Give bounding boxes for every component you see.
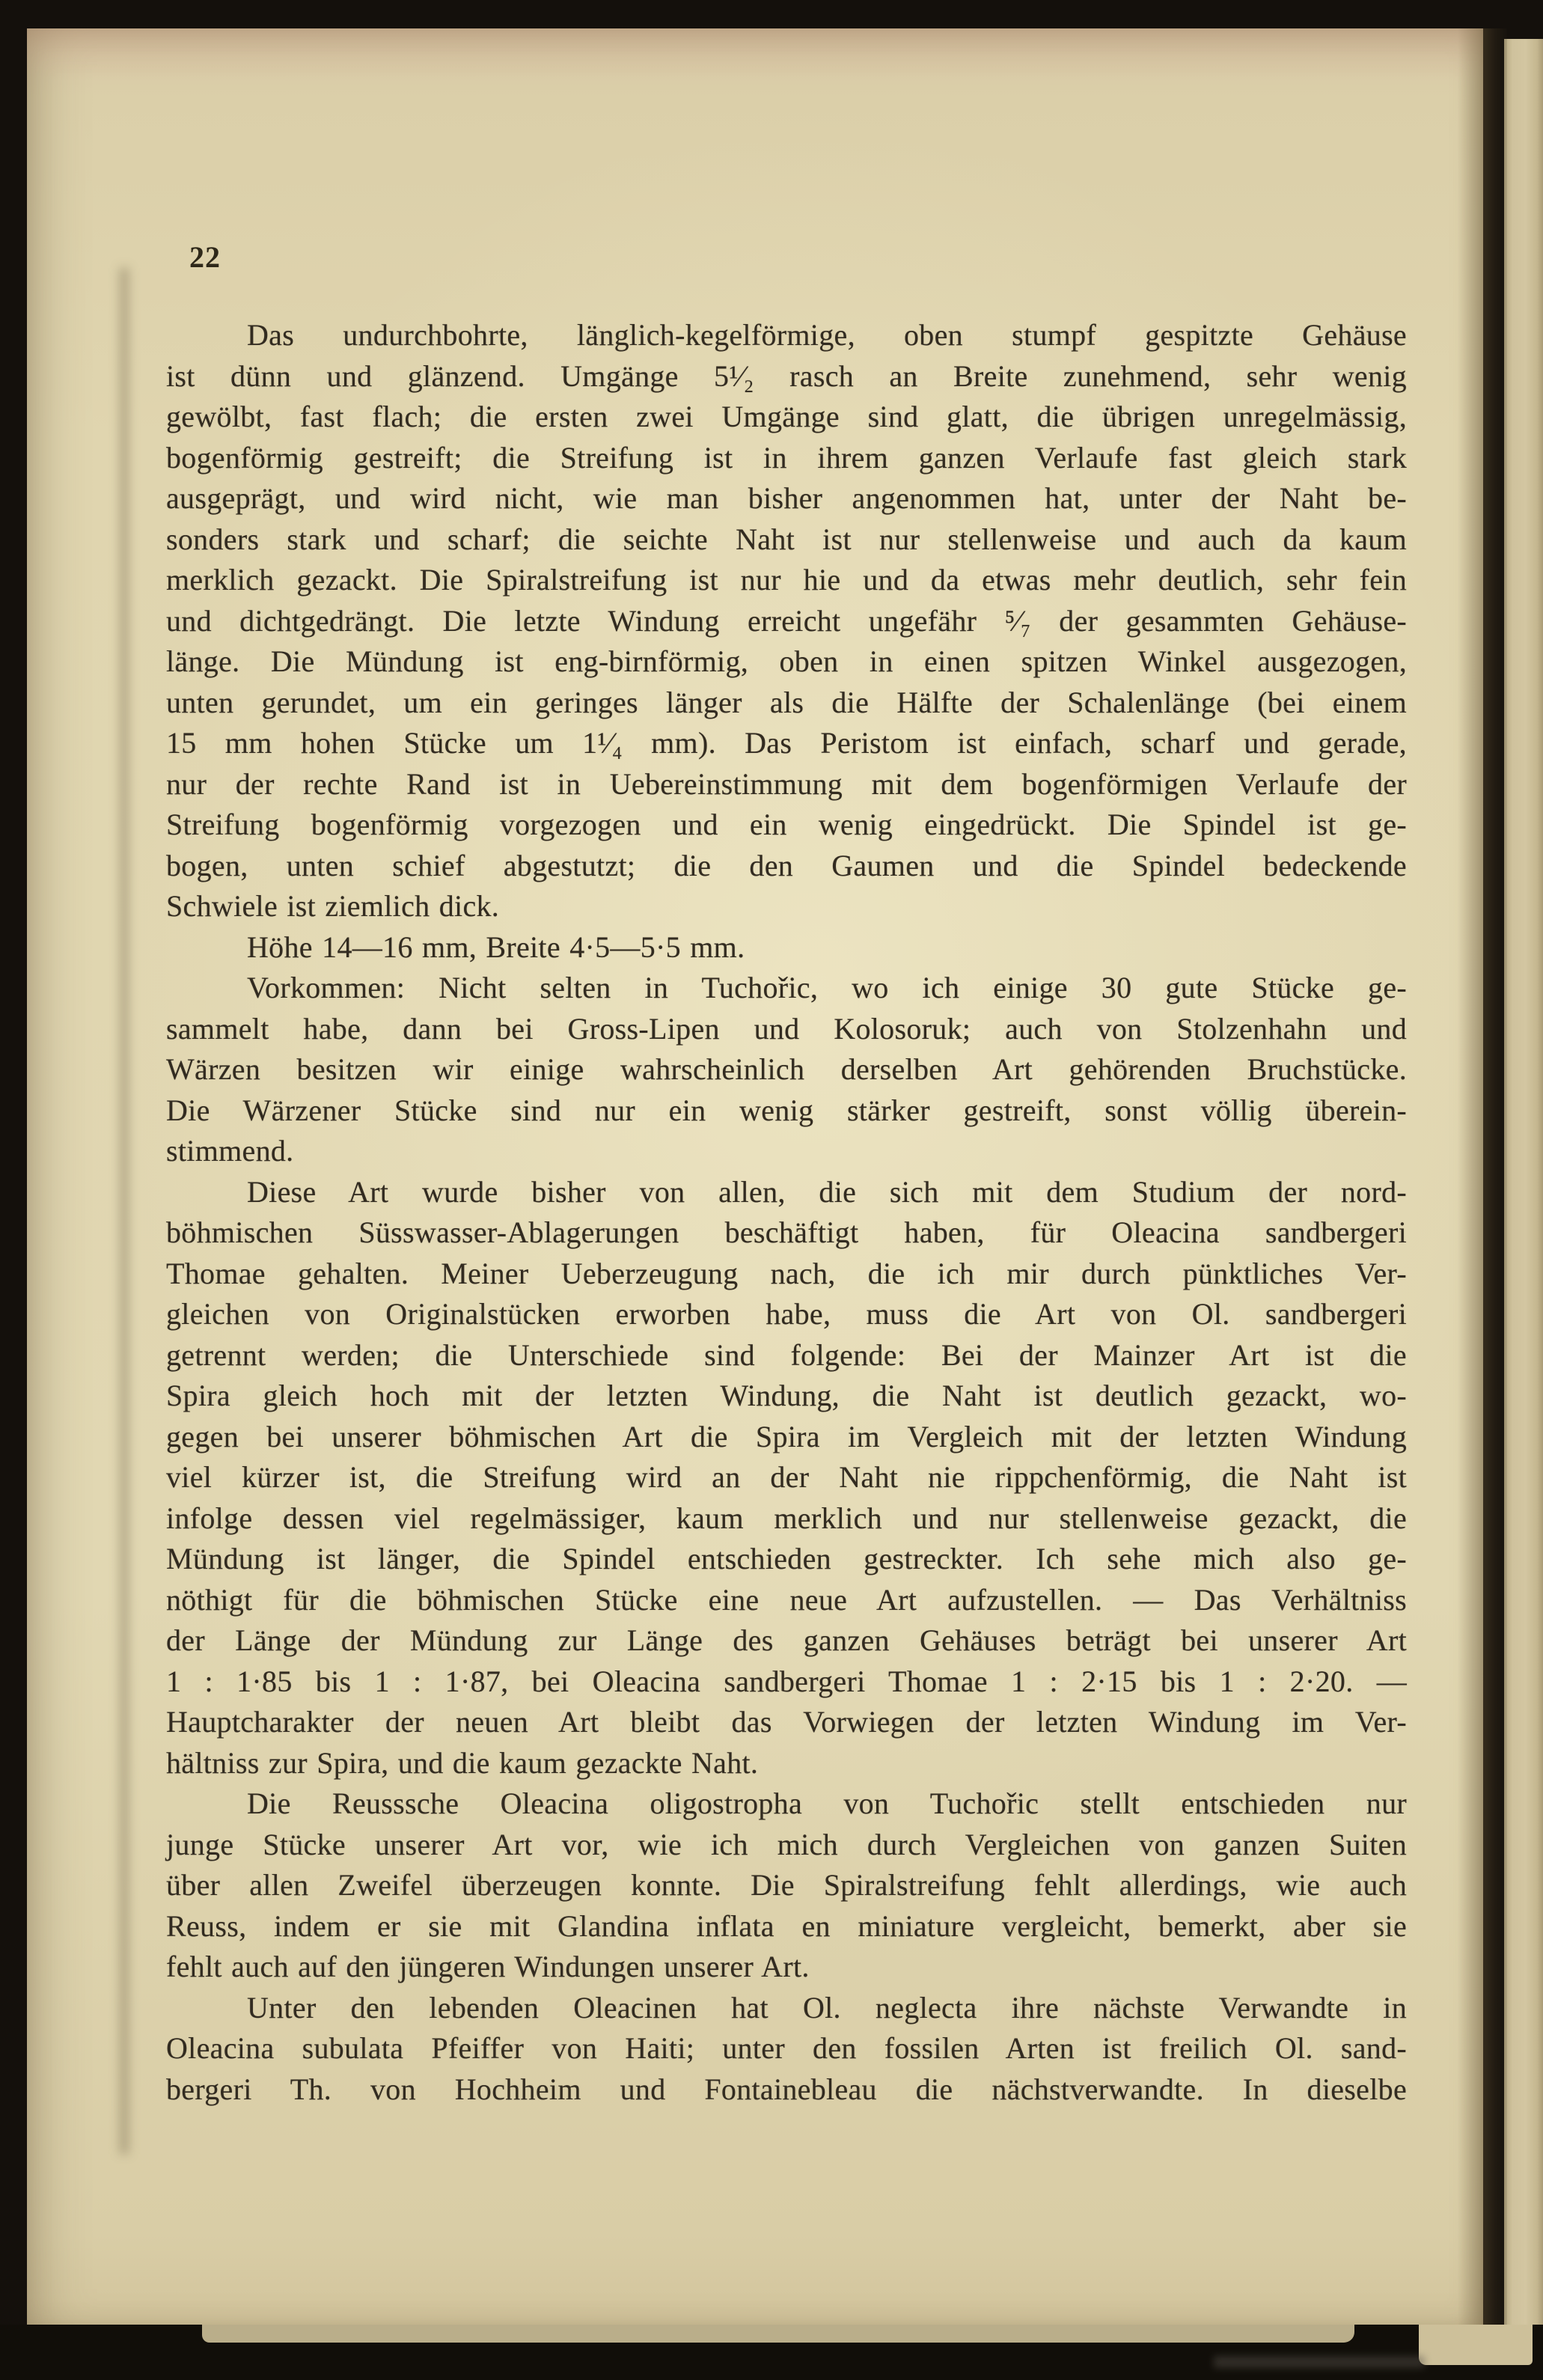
- text-line: stimmend.: [166, 1131, 1407, 1172]
- text-line: über allen Zweifel überzeugen konnte. Di…: [166, 1865, 1407, 1906]
- page-bottom-edge-right: [1419, 2325, 1533, 2365]
- text-line: 1 : 1·85 bis 1 : 1·87, bei Oleacina sand…: [166, 1662, 1407, 1703]
- text-line: bergeri Th. von Hochheim und Fontaineble…: [166, 2069, 1407, 2111]
- text-line: junge Stücke unserer Art vor, wie ich mi…: [166, 1825, 1407, 1866]
- text-line: Diese Art wurde bisher von allen, die si…: [166, 1172, 1407, 1213]
- text-line: Das undurchbohrte, länglich-kegelförmige…: [166, 315, 1407, 356]
- text-line: nöthigt für die böhmischen Stücke eine n…: [166, 1580, 1407, 1621]
- text-line: Höhe 14—16 mm, Breite 4·5—5·5 mm.: [166, 927, 1407, 968]
- text-line: und dichtgedrängt. Die letzte Windung er…: [166, 601, 1407, 642]
- text-line: hältniss zur Spira, und die kaum gezackt…: [166, 1743, 1407, 1784]
- text-line: Schwiele ist ziemlich dick.: [166, 886, 1407, 927]
- text-line: Wärzen besitzen wir einige wahrscheinlic…: [166, 1049, 1407, 1090]
- text-line: der Länge der Mündung zur Länge des ganz…: [166, 1620, 1407, 1662]
- text-line: Thomae gehalten. Meiner Ueberzeugung nac…: [166, 1254, 1407, 1295]
- text-line: gegen bei unserer böhmischen Art die Spi…: [166, 1417, 1407, 1458]
- text-line: sonders stark und scharf; die seichte Na…: [166, 519, 1407, 561]
- text-block: Das undurchbohrte, länglich-kegelförmige…: [166, 315, 1407, 2110]
- text-line: bogen, unten schief abgestutzt; die den …: [166, 846, 1407, 887]
- text-line: Oleacina subulata Pfeiffer von Haiti; un…: [166, 2028, 1407, 2069]
- scan-artifact: [1214, 2356, 1425, 2368]
- gutter-crease-shadow: [120, 268, 129, 2154]
- text-line: 15 mm hohen Stücke um 1¹⁄₄ mm). Das Peri…: [166, 723, 1407, 764]
- text-line: gewölbt, fast flach; die ersten zwei Umg…: [166, 397, 1407, 438]
- text-line: Die Reusssche Oleacina oligostropha von …: [166, 1784, 1407, 1825]
- text-line: infolge dessen viel regelmässiger, kaum …: [166, 1498, 1407, 1540]
- text-line: Vorkommen: Nicht selten in Tuchořic, wo …: [166, 968, 1407, 1009]
- text-line: ausgeprägt, und wird nicht, wie man bish…: [166, 478, 1407, 519]
- text-line: Unter den lebenden Oleacinen hat Ol. neg…: [166, 1988, 1407, 2029]
- page-top-edge-tint: [27, 28, 1483, 81]
- text-line: Streifung bogenförmig vorgezogen und ein…: [166, 805, 1407, 846]
- text-line: sammelt habe, dann bei Gross-Lipen und K…: [166, 1009, 1407, 1050]
- page-bottom-edge: [202, 2325, 1354, 2343]
- text-line: unten gerundet, um ein geringes länger a…: [166, 683, 1407, 724]
- text-line: Hauptcharakter der neuen Art bleibt das …: [166, 1702, 1407, 1743]
- text-line: merklich gezackt. Die Spiralstreifung is…: [166, 560, 1407, 601]
- text-line: fehlt auch auf den jüngeren Windungen un…: [166, 1947, 1407, 1988]
- text-line: gleichen von Originalstücken erworben ha…: [166, 1294, 1407, 1335]
- text-line: bogenförmig gestreift; die Streifung ist…: [166, 438, 1407, 479]
- text-line: getrennt werden; die Unterschiede sind f…: [166, 1335, 1407, 1376]
- next-page-edge-strip: [1504, 39, 1543, 2368]
- text-line: länge. Die Mündung ist eng-birnförmig, o…: [166, 641, 1407, 683]
- text-line: böhmischen Süsswasser-Ablagerungen besch…: [166, 1212, 1407, 1254]
- page-fold-shadow: [1458, 28, 1507, 2341]
- text-line: Reuss, indem er sie mit Glandina inflata…: [166, 1906, 1407, 1947]
- text-line: Mündung ist länger, die Spindel entschie…: [166, 1539, 1407, 1580]
- book-page: 22 Das undurchbohrte, länglich-kegelförm…: [27, 28, 1483, 2326]
- text-line: Die Wärzener Stücke sind nur ein wenig s…: [166, 1090, 1407, 1132]
- text-line: nur der rechte Rand ist in Uebereinstimm…: [166, 764, 1407, 805]
- text-line: ist dünn und glänzend. Umgänge 5¹⁄₂ rasc…: [166, 356, 1407, 397]
- text-line: viel kürzer ist, die Streifung wird an d…: [166, 1457, 1407, 1498]
- page-number: 22: [189, 239, 221, 275]
- text-line: Spira gleich hoch mit der letzten Windun…: [166, 1376, 1407, 1417]
